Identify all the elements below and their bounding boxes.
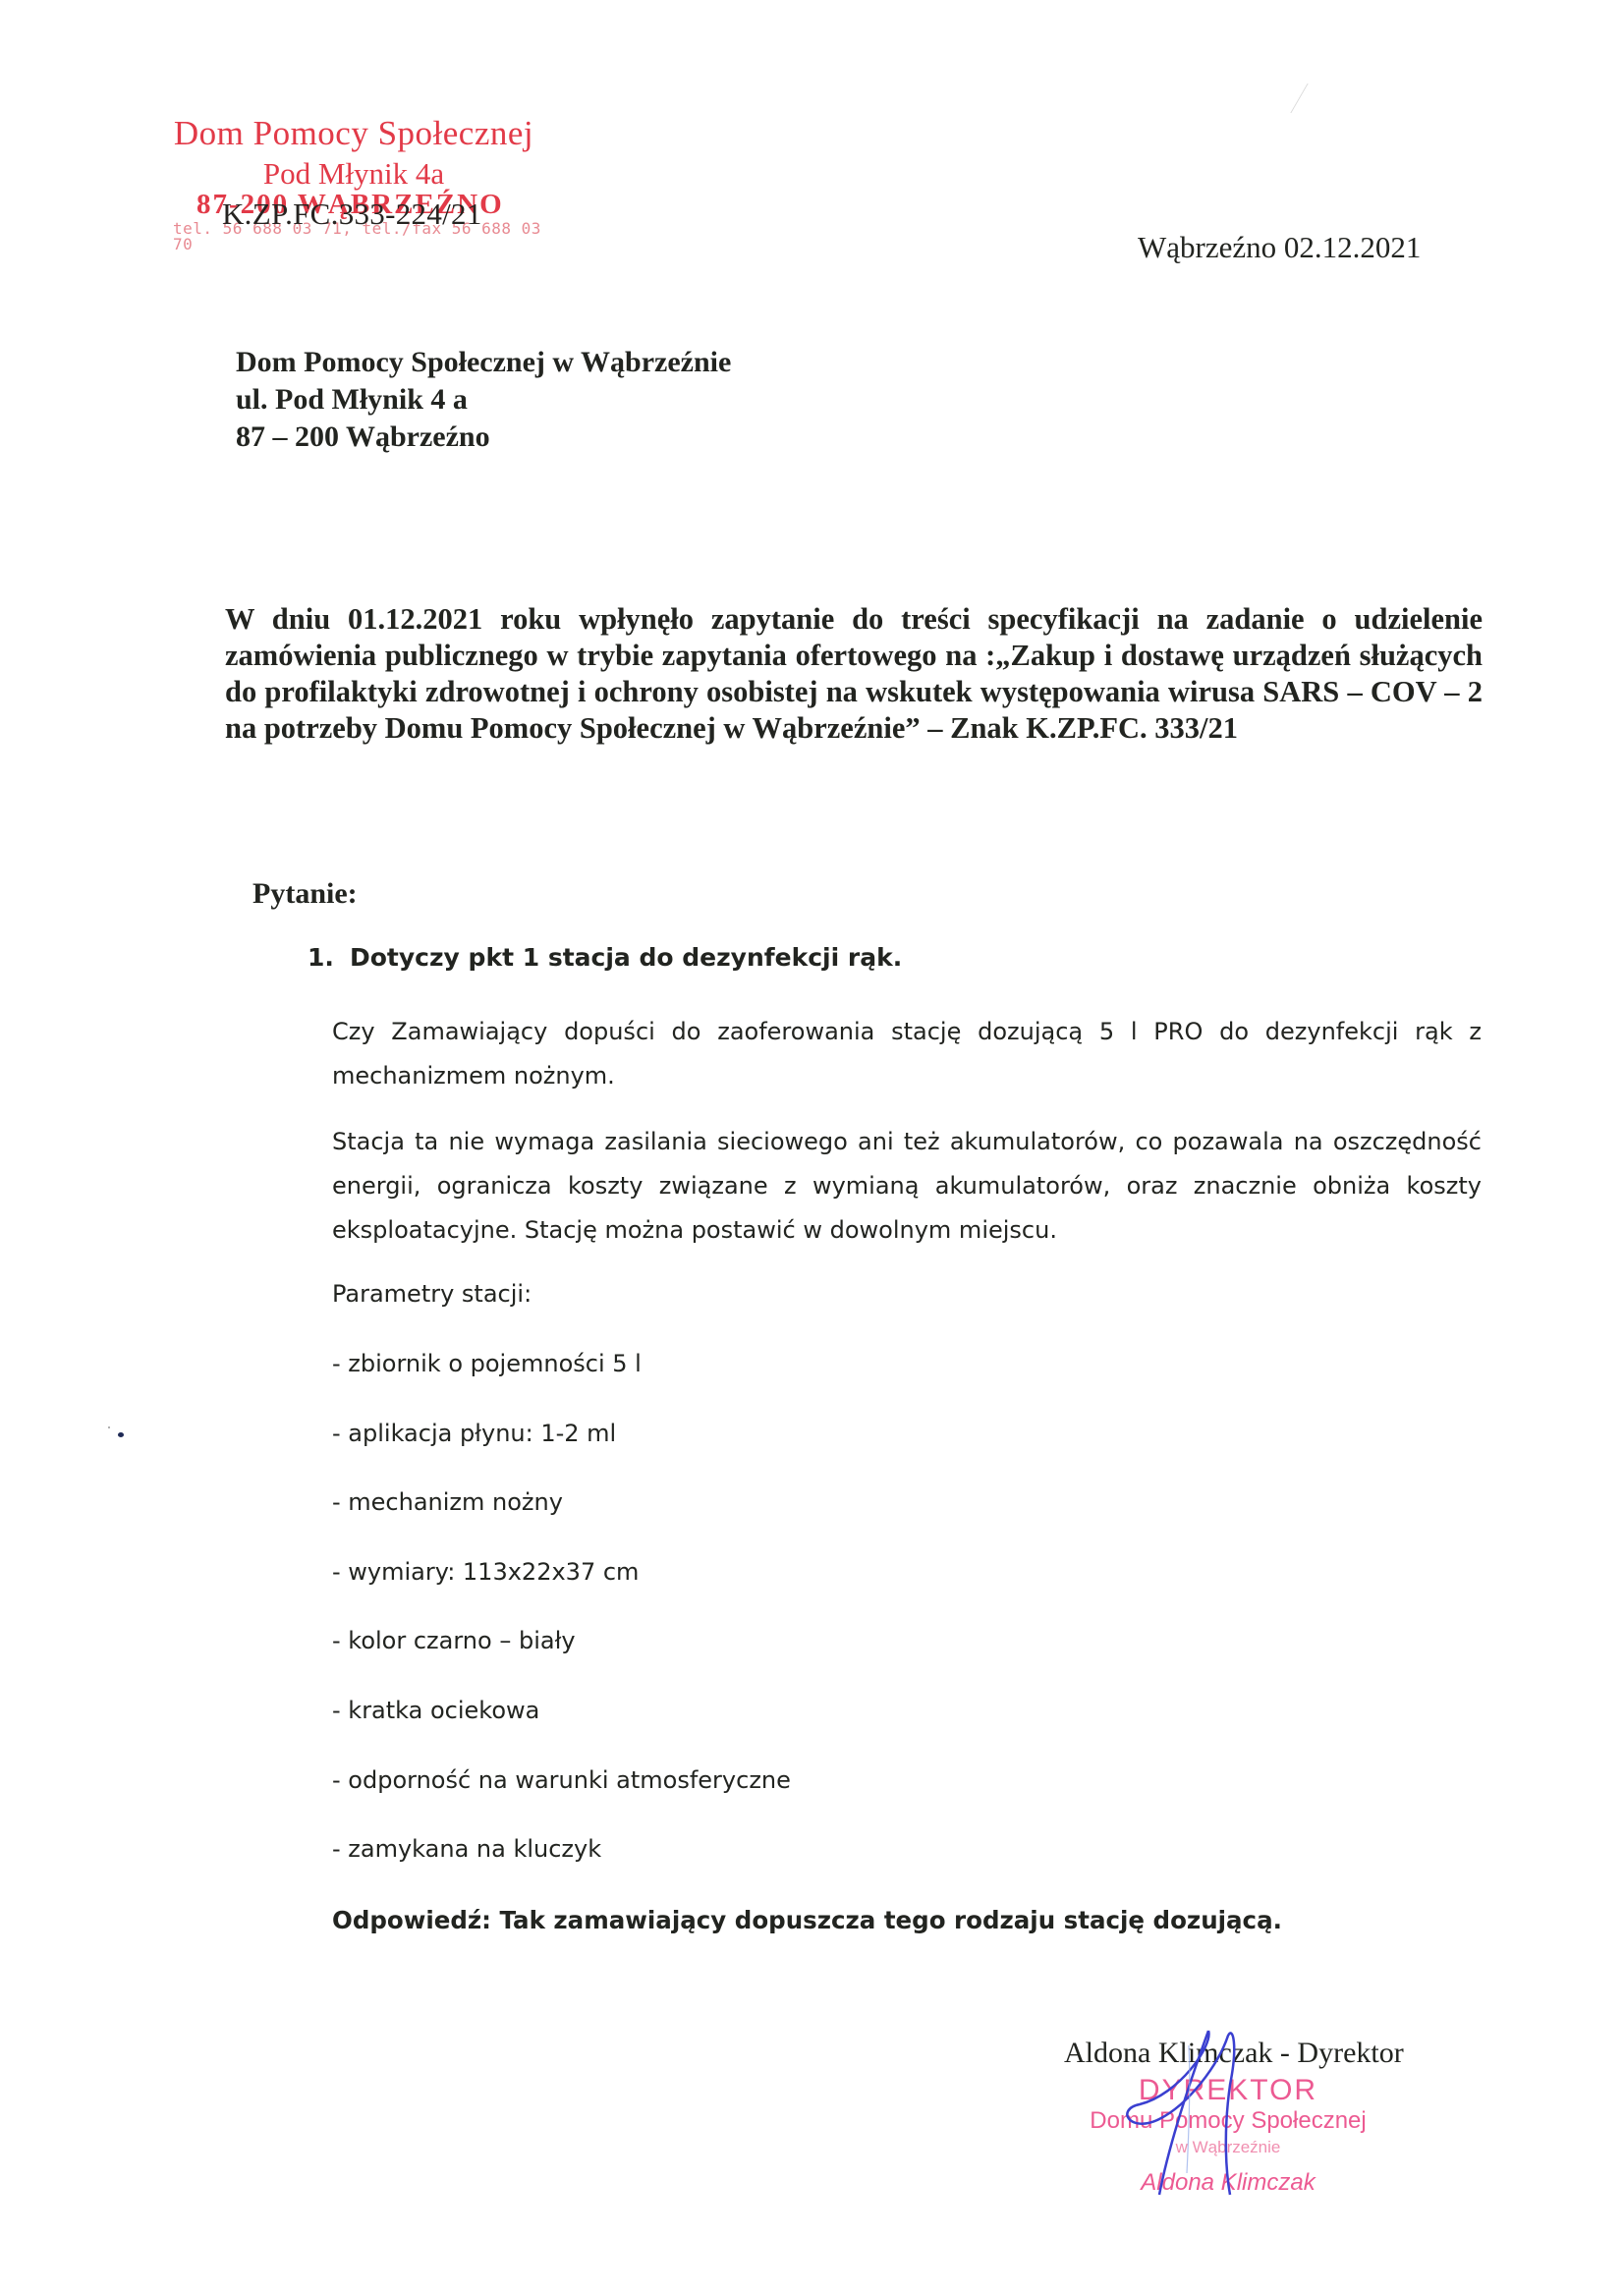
question-item-title: 1.Dotyczy pkt 1 stacja do dezynfekcji rą… — [308, 943, 902, 972]
parameters-list: - zbiornik o pojemności 5 l - aplikacja … — [332, 1347, 791, 1902]
handwritten-signature-icon — [1120, 2026, 1258, 2198]
intro-paragraph: W dniu 01.12.2021 roku wpłynęło zapytani… — [225, 601, 1483, 747]
question-heading: Pytanie: — [252, 877, 358, 911]
parameter-item: - mechanizm nożny — [332, 1485, 791, 1555]
reference-number: K.ZP.FC.333-224/21 — [222, 196, 482, 232]
question-paragraph: Stacja ta nie wymaga zasilania siecioweg… — [332, 1120, 1482, 1253]
question-item-text: Dotyczy pkt 1 stacja do dezynfekcji rąk. — [350, 943, 902, 972]
place-date: Wąbrzeźno 02.12.2021 — [1138, 230, 1421, 265]
institution-stamp: Dom Pomocy Społecznej Pod Młynik 4a 87-2… — [157, 116, 550, 252]
pencil-mark — [1290, 84, 1325, 113]
stamp-line-street: Pod Młynik 4a — [157, 158, 550, 189]
question-paragraph: Czy Zamawiający dopuści do zaoferowania … — [332, 1010, 1482, 1098]
parameter-item: - kolor czarno – biały — [332, 1624, 791, 1694]
parameter-item: - wymiary: 113x22x37 cm — [332, 1555, 791, 1625]
scan-speck — [108, 1426, 110, 1428]
parameter-item: - zbiornik o pojemności 5 l — [332, 1347, 791, 1417]
parameter-item: - aplikacja płynu: 1-2 ml — [332, 1417, 791, 1486]
addressee-line: 87 – 200 Wąbrzeźno — [236, 419, 731, 456]
parameter-item: - odporność na warunki atmosferyczne — [332, 1763, 791, 1833]
answer-text: Odpowiedź: Tak zamawiający dopuszcza teg… — [332, 1906, 1282, 1934]
addressee-line: Dom Pomocy Społecznej w Wąbrzeźnie — [236, 344, 731, 381]
scanned-letter-page: Dom Pomocy Społecznej Pod Młynik 4a 87-2… — [0, 0, 1624, 2292]
question-item-number: 1. — [308, 943, 350, 972]
addressee-line: ul. Pod Młynik 4 a — [236, 381, 731, 419]
parameter-item: - kratka ociekowa — [332, 1694, 791, 1763]
stamp-line-name: Dom Pomocy Społecznej — [157, 116, 550, 150]
parameters-title: Parametry stacji: — [332, 1280, 532, 1308]
scan-speck — [118, 1432, 124, 1437]
parameter-item: - zamykana na kluczyk — [332, 1832, 791, 1902]
addressee-block: Dom Pomocy Społecznej w Wąbrzeźnie ul. P… — [236, 344, 731, 456]
